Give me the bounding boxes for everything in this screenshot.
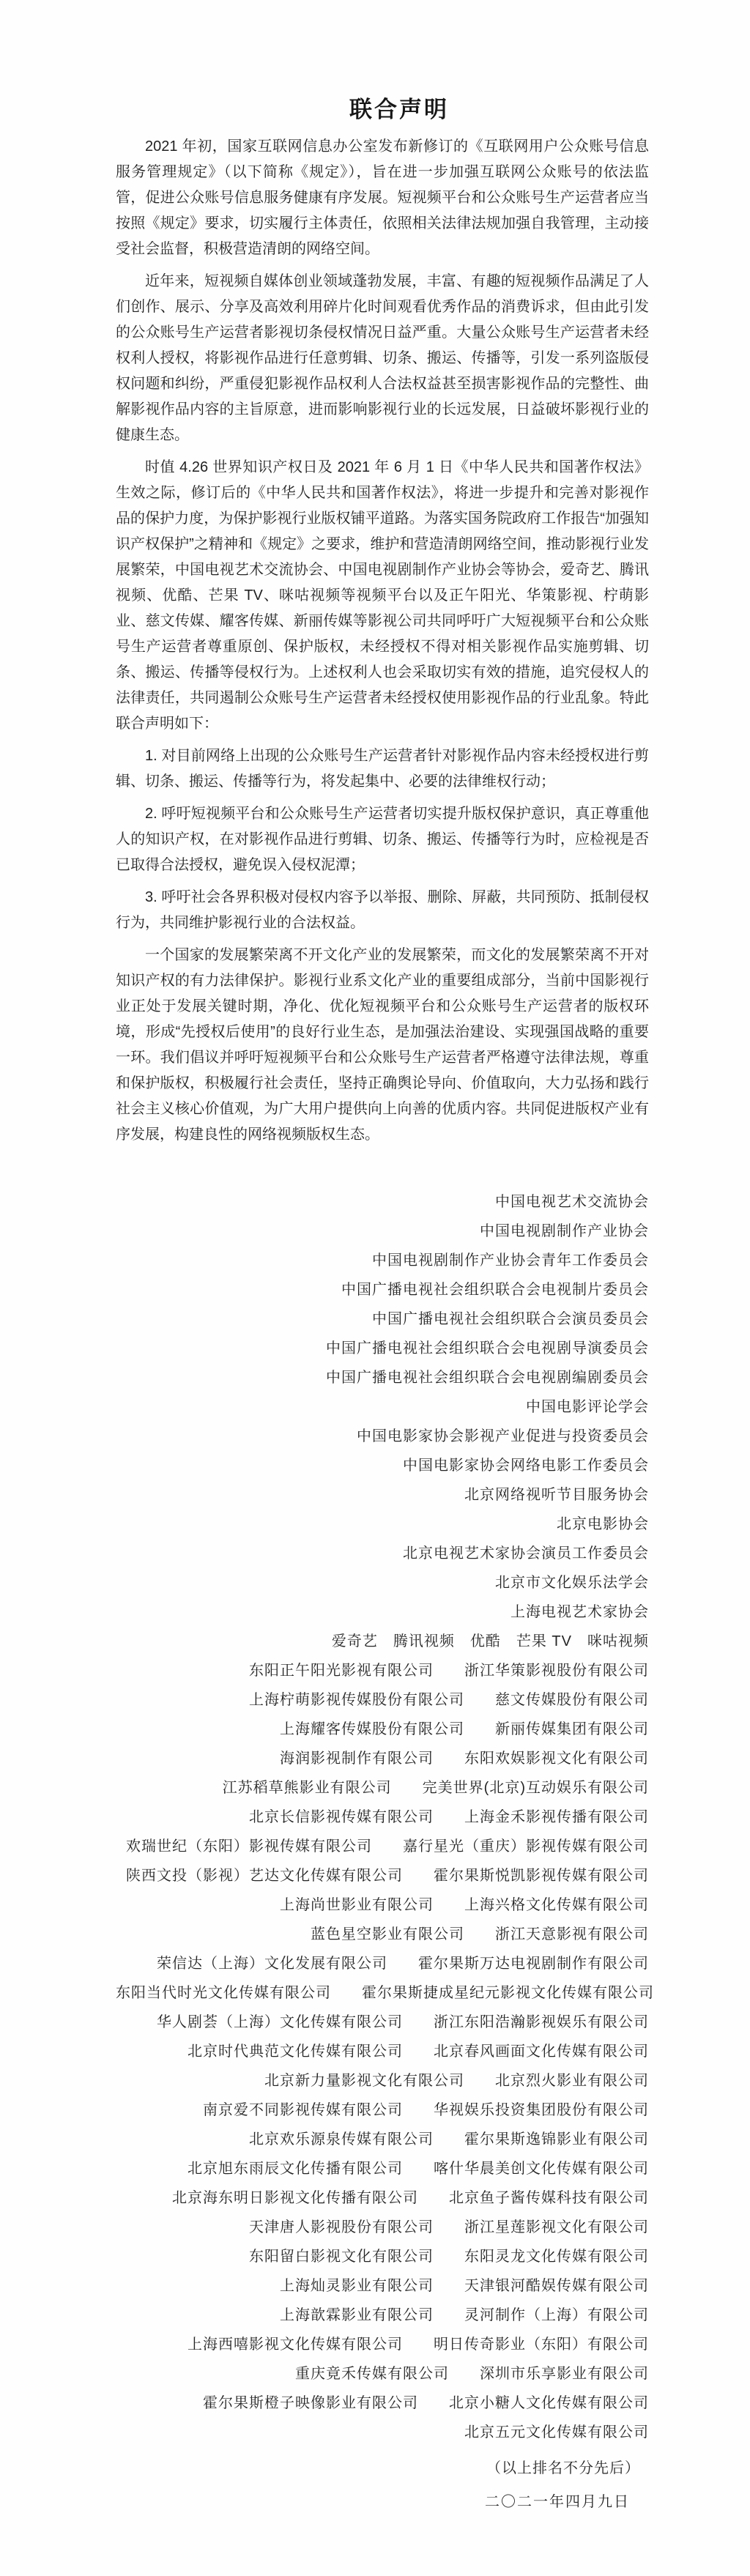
clause-item: 1. 对目前网络上出现的公众账号生产运营者针对影视作品内容未经授权进行剪辑、切条…	[116, 743, 649, 795]
signatory-line: 蓝色星空影业有限公司 浙江天意影视有限公司	[116, 1920, 649, 1949]
document-title: 联合声明	[133, 0, 666, 134]
signatory-line: 中国电视剧制作产业协会	[116, 1217, 649, 1246]
clause-list: 1. 对目前网络上出现的公众账号生产运营者针对影视作品内容未经授权进行剪辑、切条…	[116, 743, 649, 936]
signatory-line: 北京新力量影视文化有限公司 北京烈火影业有限公司	[116, 2066, 649, 2096]
signatory-line: 重庆竟禾传媒有限公司 深圳市乐享影业有限公司	[116, 2359, 649, 2388]
ranking-note: （以上排名不分先后）	[116, 2454, 649, 2483]
signatory-line: 荣信达（上海）文化发展有限公司 霍尔果斯万达电视剧制作有限公司	[116, 1949, 649, 1978]
signatory-line: 上海耀客传媒股份有限公司 新丽传媒集团有限公司	[116, 1715, 649, 1744]
closing-paragraph: 一个国家的发展繁荣离不开文化产业的发展繁荣，而文化的发展繁荣离不开对知识产权的有…	[116, 943, 649, 1148]
signatory-line: 北京时代典范文化传媒有限公司 北京春风画面文化传媒有限公司	[116, 2037, 649, 2066]
signatory-line: 华人剧荟（上海）文化传媒有限公司 浙江东阳浩瀚影视娱乐有限公司	[116, 2008, 649, 2037]
signatory-line: 北京电影协会	[116, 1510, 649, 1539]
signatory-line: 中国电视剧制作产业协会青年工作委员会	[116, 1246, 649, 1275]
signatory-line: 东阳留白影视文化有限公司 东阳灵龙文化传媒有限公司	[116, 2242, 649, 2271]
signatory-line: 北京旭东雨辰文化传播有限公司 喀什华晨美创文化传媒有限公司	[116, 2154, 649, 2183]
signatory-line: 中国广播电视社会组织联合会电视制片委员会	[116, 1275, 649, 1304]
clause-item: 3. 呼吁社会各界积极对侵权内容予以举报、删除、屏蔽，共同预防、抵制侵权行为，共…	[116, 885, 649, 936]
paragraph: 2021 年初，国家互联网信息办公室发布新修订的《互联网用户公众账号信息服务管理…	[116, 134, 649, 262]
signatory-line: 北京网络视听节目服务协会	[116, 1480, 649, 1510]
statement-date: 二〇二一年四月九日	[116, 2487, 649, 2517]
signatory-line: 海润影视制作有限公司 东阳欢娱影视文化有限公司	[116, 1744, 649, 1773]
signatory-line: 南京爱不同影视传媒有限公司 华视娱乐投资集团股份有限公司	[116, 2096, 649, 2125]
signatory-line: 北京海东明日影视文化传播有限公司 北京鱼子酱传媒科技有限公司	[116, 2183, 649, 2213]
signatory-line: 上海歆霖影业有限公司 灵河制作（上海）有限公司	[116, 2301, 649, 2330]
signatory-line: 江苏稻草熊影业有限公司 完美世界(北京)互动娱乐有限公司	[116, 1773, 649, 1803]
document-page: 联合声明 2021 年初，国家互联网信息办公室发布新修订的《互联网用户公众账号信…	[0, 0, 750, 2576]
joint-statement-document: 联合声明 2021 年初，国家互联网信息办公室发布新修订的《互联网用户公众账号信…	[116, 0, 649, 2517]
signatory-line: 陕西文投（影视）艺达文化传媒有限公司 霍尔果斯悦凯影视传媒有限公司	[116, 1861, 649, 1890]
signatory-line: 中国电影家协会网络电影工作委员会	[116, 1451, 649, 1480]
signatory-line: 上海尚世影业有限公司 上海兴格文化传媒有限公司	[116, 1890, 649, 1920]
signatory-line: 中国广播电视社会组织联合会电视剧编剧委员会	[116, 1363, 649, 1392]
signatory-line: 中国电视艺术交流协会	[116, 1187, 649, 1217]
signatory-line: 北京市文化娱乐法学会	[116, 1568, 649, 1597]
intro-paragraphs: 2021 年初，国家互联网信息办公室发布新修订的《互联网用户公众账号信息服务管理…	[116, 134, 649, 737]
paragraph: 时值 4.26 世界知识产权日及 2021 年 6 月 1 日《中华人民共和国著…	[116, 455, 649, 737]
signatory-line: 欢瑞世纪（东阳）影视传媒有限公司 嘉行星光（重庆）影视传媒有限公司	[116, 1832, 649, 1861]
clause-item: 2. 呼吁短视频平台和公众账号生产运营者切实提升版权保护意识，真正尊重他人的知识…	[116, 801, 649, 878]
signatory-list: 中国电视艺术交流协会中国电视剧制作产业协会中国电视剧制作产业协会青年工作委员会中…	[116, 1187, 649, 2447]
signatory-line: 东阳正午阳光影视有限公司 浙江华策影视股份有限公司	[116, 1656, 649, 1685]
closing-paragraph-wrap: 一个国家的发展繁荣离不开文化产业的发展繁荣，而文化的发展繁荣离不开对知识产权的有…	[116, 943, 649, 1148]
signatory-line: 上海西嘻影视文化传媒有限公司 明日传奇影业（东阳）有限公司	[116, 2330, 649, 2359]
signatory-line: 北京电视艺术家协会演员工作委员会	[116, 1539, 649, 1568]
signatory-line: 上海电视艺术家协会	[116, 1597, 649, 1627]
signatory-line: 上海柠萌影视传媒股份有限公司 慈文传媒股份有限公司	[116, 1685, 649, 1715]
signatory-line: 中国广播电视社会组织联合会电视剧导演委员会	[116, 1334, 649, 1363]
signatory-line: 北京欢乐源泉传媒有限公司 霍尔果斯逸锦影业有限公司	[116, 2125, 649, 2154]
signatory-line: 中国电影家协会影视产业促进与投资委员会	[116, 1422, 649, 1451]
signatory-line: 东阳当代时光文化传媒有限公司 霍尔果斯捷成星纪元影视文化传媒有限公司	[116, 1978, 649, 2008]
paragraph: 近年来，短视频自媒体创业领域蓬勃发展，丰富、有趣的短视频作品满足了人们创作、展示…	[116, 269, 649, 448]
signatory-line: 中国广播电视社会组织联合会演员委员会	[116, 1304, 649, 1334]
signatory-line: 上海灿灵影业有限公司 天津银河酷娱传媒有限公司	[116, 2271, 649, 2301]
signatory-line: 北京五元文化传媒有限公司	[116, 2418, 649, 2447]
signatory-line: 天津唐人影视股份有限公司 浙江星莲影视文化有限公司	[116, 2213, 649, 2242]
signatory-line: 北京长信影视传媒有限公司 上海金禾影视传播有限公司	[116, 1803, 649, 1832]
signatory-line: 爱奇艺 腾讯视频 优酷 芒果 TV 咪咕视频	[116, 1627, 649, 1656]
signatory-line: 中国电影评论学会	[116, 1392, 649, 1422]
signatory-line: 霍尔果斯橙子映像影业有限公司 北京小糖人文化传媒有限公司	[116, 2388, 649, 2418]
